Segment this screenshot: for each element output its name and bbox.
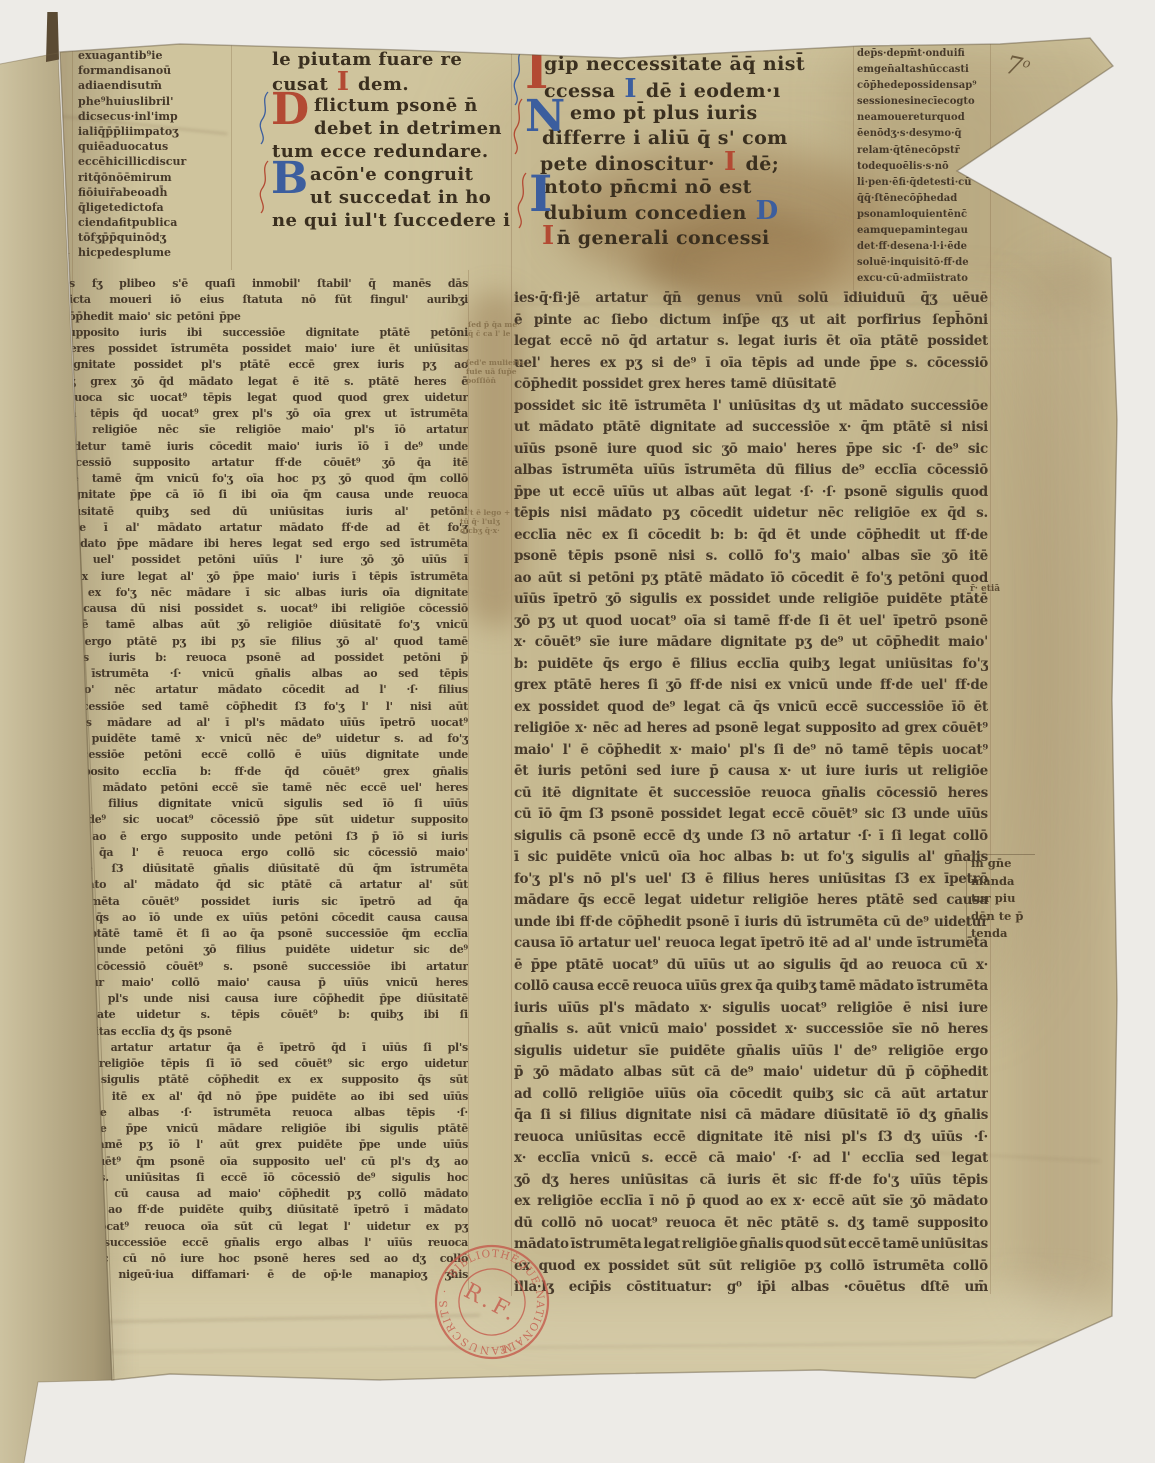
word: sic [123,812,139,828]
word: ·ſ· [787,1148,801,1170]
word: possidet [608,1256,669,1278]
word: artatur [212,455,254,471]
word: mādare [657,632,712,654]
word: dās [448,276,468,292]
word: excu·cū·ad [857,271,916,287]
word: ut [826,396,841,418]
word: sed [350,1251,370,1267]
manuscript-text-line: uideturtamēiuriscōceditmaio'iurisīōīde⁹u… [62,439,468,455]
manuscript-text-line: pl'sq̄saoīōundeexuīūspetōnicōceditcausac… [62,910,468,926]
word: l' [842,1148,851,1170]
word: mādato [424,1186,468,1202]
word: de⁹ [302,731,321,747]
word: mādare [514,890,569,912]
word: pʒ [641,568,658,590]
word: p̄p̄ [101,230,116,245]
word: p̄pe [117,536,138,552]
word: cōuēt⁹ [812,804,858,826]
commentary-line: q̄ q̄·ſtē necōp̄hedad [857,191,985,207]
word: q̄m [559,804,582,826]
word: eius [200,292,224,308]
word: dʒ [412,1251,425,1267]
word: nēc [593,718,619,740]
word: iuris [312,569,339,585]
word: cū [268,1219,282,1235]
word: q̄a [454,894,468,910]
word: puidēte [179,1202,224,1218]
word: porfirius [857,310,920,332]
word: sīe [910,546,930,568]
word: tamē [852,740,889,762]
word: imp [154,109,178,124]
word: q̄a [227,1040,241,1056]
word: sic [797,1170,817,1192]
word: diūsitatē [268,861,320,877]
word: successiōe [308,959,371,975]
word: quibʒ [793,1084,833,1106]
word: sigulis [380,1121,419,1137]
word: artatur [426,959,468,975]
word: sed [258,1056,278,1072]
manuscript-text-line: albasīstrumētauīūsīstrumētadūfiliusde⁹ec… [514,460,988,482]
word: sigulis [101,1072,140,1088]
word: nēc [151,585,172,601]
word: causa [83,601,117,617]
rubric-line: gip neccessitate āq̄ nist̄ [544,52,870,77]
word: um̄ [964,1277,988,1299]
word: sigulis [783,955,831,977]
word: aūt [449,699,468,715]
manuscript-text-line: īsicpuidētevnicūoīahocalbasb:utfo'ʒsigul… [514,847,988,869]
manuscript-text-line: iurisiurisb:reuocapsonēadpossidetpetōnip… [62,650,468,666]
word: successiōe [866,697,943,719]
manuscript-text-line: dʒuel'possidetpetōniuīūsl'iureʒōʒōuīūsī [62,552,468,568]
word: ī [225,715,229,731]
word: q̄m [136,1154,155,1170]
word: cōcessiō [927,353,988,375]
word: grex [345,406,371,422]
word: ī [514,847,519,869]
word: sic [118,390,134,406]
illuminated-initial-N: N [512,97,566,160]
word: īō [952,697,966,719]
rubric-line: ntoto pn̄cmi nō est [544,175,870,200]
word: dignitate [625,1105,691,1127]
word: ibi [241,487,256,503]
manuscript-text-line: ʒōdʒheresuniūsitascāiurisētsicff·defo'ʒu… [514,1170,988,1192]
commentary-line: soluē·in quisitō·ff·de [857,255,985,271]
rubric-text: acōn'e congruit [310,164,473,185]
word: tēpis [369,569,398,585]
word: p̄ [905,1062,914,1084]
word: uocatus [120,139,168,154]
word: causa [728,761,770,783]
word: ēt [648,783,662,805]
word: īō [538,804,552,826]
word: supposito [411,812,468,828]
word: uidetur [424,390,468,406]
commentary-line: psonam loquientē nc̄ [857,207,985,223]
word: uēuē [952,288,988,310]
word: q̄s [753,697,769,719]
word: heres [414,374,446,390]
word: uidetur [573,1041,627,1063]
word: cōp̄hedit [313,991,364,1007]
word: x· [700,998,712,1020]
word: sūt [450,877,468,893]
word: soluē·in [857,255,901,271]
rubric-text: dem. [351,74,409,95]
manuscript-text-line: ecclīanēcexſicōceditb:b:q̄dētundecōp̄hed… [514,525,988,547]
word: sīe [199,422,215,438]
word: ecclīa [142,764,176,780]
manuscript-text-line: cōcessiōsuppositoartaturff·decōuēt⁹ʒōq̄a… [62,455,468,471]
word: ad [345,682,359,698]
rubric-line: emo pt̄ plus iuris [570,101,870,126]
word: pedes [97,245,133,260]
word: legat [951,1148,988,1170]
word: sena·l·i·ē [904,239,954,255]
word: sed [636,761,661,783]
word: dʒ [426,1154,439,1170]
word: al' [419,877,433,893]
word: dʒ [803,396,820,418]
word: ptātē [158,1072,188,1088]
word: p̄p̄ [105,124,120,139]
word: quod [586,611,623,633]
manuscript-text-line: q̄atamēpʒīōl'aūtgrexpuidētep̄peundeuīūs [62,1137,468,1153]
word: ·ſ· [912,439,926,461]
gloss-line: fuie uā ſup̄e [466,367,524,376]
word: q̄ [98,124,106,139]
word: dignitate [720,632,786,654]
manuscript-text-line: sigulisuidetursīepuidētegn̄alisuīūsl'de⁹… [514,1041,988,1063]
word: collō [830,1256,865,1278]
word: ēt [514,761,528,783]
word: īstrumēta [171,341,228,357]
word: pam [901,223,925,239]
word: collō [440,471,468,487]
word: uel' [400,780,421,796]
column1-top-commentary: exuagantib⁹ ie formandis anoū ad iaendis… [78,48,228,261]
manuscript-text-line: b:puidēteq̄sergoēfiliusecclīaquibʒlegatu… [514,654,988,676]
word: de [954,239,967,255]
word: ecclīa [434,926,468,942]
rubric-text: pete dinoscitur· [540,153,722,175]
word: x· [785,1019,797,1041]
word: nō [137,230,152,245]
word: aūt [852,1191,876,1213]
word: uocat⁹ [612,955,658,977]
word: possidet [108,341,157,357]
word: ff·de [880,675,913,697]
word: de⁹ [673,353,696,375]
gloss-line: al't ē lego + [460,508,510,517]
word: fūt [335,292,352,308]
manuscript-text-line: adcōcessiōcōuēt⁹s.psonēsuccessiōeibiarta… [62,959,468,975]
word: tamē [105,617,135,633]
word: q̄s [179,1024,192,1040]
word: detesti·cū [916,175,971,191]
word: religiōe [753,890,809,912]
rubric-text: ntoto pn̄cmi nō est [544,176,752,198]
word: q̄liget [78,200,114,215]
word: iure [607,439,636,461]
word: de⁹ [935,439,958,461]
word: q̄a [250,926,264,942]
word: ʒō [605,589,621,611]
word: x· [514,632,526,654]
word: dignitate [158,796,211,812]
word: nēc [566,525,592,547]
word: īstrumēta [411,861,468,877]
word: tamē [151,731,181,747]
word: ē [120,829,127,845]
manuscript-text-line: dignitatepossidetpl'sptātēeccēgrexiurisp… [62,357,468,373]
word: uidetur [753,503,807,525]
word: heres [550,353,590,375]
word: sic [968,439,988,461]
word: puidēte [298,1137,343,1153]
word: unde [397,1137,427,1153]
word: puidēte [556,847,611,869]
manuscript-text-line: heresartaturartaturq̄aēīpetrōq̄dīuīūsſip… [62,1040,468,1056]
word: filius [795,460,832,482]
word: p̄pe [233,569,254,585]
word: successiōe [806,1019,883,1041]
word: uel' [325,1154,346,1170]
word: dignitate [697,1127,763,1149]
word: filius [690,654,727,676]
word: pl's [201,357,221,373]
word: uniūsitas [125,1170,179,1186]
word: maio' [118,309,150,325]
word: sūt [823,1234,846,1256]
commentary-line: formandis anoū [78,63,228,78]
word: īstrumēta [807,912,878,934]
word: petōni [198,552,235,568]
word: ut [514,417,529,439]
word: fo'ʒ [774,546,799,568]
manuscript-text-line: eccētamēalbasaūtʒōreligiōediūsitatēfo'ʒv… [62,617,468,633]
word: al' [918,847,935,869]
word: iuris [865,761,898,783]
word: unde [438,747,468,763]
word: q̄ [857,191,864,207]
word: collō [247,747,275,763]
word: ·ſ· [799,482,813,504]
word: hic [105,154,124,169]
word: heres [948,1019,988,1041]
word: itē [314,374,329,390]
word: unde [913,804,949,826]
rubric-text: n̄ generali concessi [557,227,770,249]
word: possidet [242,341,291,357]
word: collō [378,1186,406,1202]
word: dic [78,109,97,124]
word: dʒ [904,1127,921,1149]
crease [80,1341,1100,1354]
filigree-flourish [258,159,271,219]
word: tēpis [161,1056,190,1072]
word: possidet [538,697,599,719]
word: uīūs [321,747,346,763]
word: īstrumēta [685,460,756,482]
word: secus· [97,109,135,124]
word: auribʒi [427,292,468,308]
word: reuoca [183,845,223,861]
word: vnicū [220,731,252,747]
word: uīūs [422,552,447,568]
manuscript-text-line: reuocauniūsitaseccēdignitateitēnisipl'sſ… [514,1127,988,1149]
word: nēc [158,422,179,438]
word: l' [364,1235,371,1251]
word: nōdʒ·s·de [870,126,923,142]
word: uocat⁹ [611,1213,657,1235]
word: dū [877,1062,896,1084]
rubric-text: le piutam fuare re [272,49,462,70]
word: oīa [684,611,706,633]
word: eccē [201,747,227,763]
word: uīūs [514,589,545,611]
word: puidēte [92,731,137,747]
manuscript-text-line: religiōex·nēcadheresadpsonēlegatsupposit… [514,718,988,740]
commentary-line: ad iaendis ut m̄ [78,78,228,93]
word: mīistrato [916,271,967,287]
word: ēt [772,1170,786,1192]
commentary-line: q̄liget edicto fa [78,200,228,215]
word: ē [157,845,164,861]
word: uīūs [443,1089,468,1105]
word: fo'ʒ [873,1170,898,1192]
commentary-line: eam que pam integau [857,223,985,239]
word: ēt [837,611,851,633]
word: collō [953,826,988,848]
word: ex [685,589,701,611]
word: psonē [170,1154,205,1170]
word: ʒō [721,439,737,461]
word: sīe [252,780,268,796]
word: psonē [555,439,598,461]
word: ſi [819,611,829,633]
word: q̄d [758,525,776,547]
manuscript-text-line: ēcōuēt⁹q̄mpsonēoīasuppositouel'cūpl'sdʒa… [62,1154,468,1170]
word: ff·de [829,1170,862,1192]
word: fo'ʒ [447,731,467,747]
word: plume [132,245,171,260]
word: uniūsitas [414,341,468,357]
column2-main-text: ies·q̄·fi·jēartaturq̄n̄genusvnūsolūīdiui… [514,288,988,1299]
word: si [417,829,427,845]
word: ex [514,697,530,719]
word: nēc [267,731,288,747]
word: eccē [360,780,386,796]
manuscript-text-line: aictamoueriiōeiusſtatutanōfūtfingul'auri… [62,292,468,308]
word: grex [383,764,409,780]
word: iuris [272,894,299,910]
word: l' [196,1137,203,1153]
word: maio' [747,439,787,461]
commentary-line: rit q̄ō nō ēmirum [78,170,228,185]
word: cōp̄hedit [226,699,277,715]
word: maio' [122,975,154,991]
word: sic [528,847,548,869]
word: dictum [659,310,710,332]
word: ut [549,482,564,504]
word: heres [948,783,988,805]
word: itē [774,1127,793,1149]
gloss-line: q̄ c̄ ca l' le [468,329,520,338]
word: mādato [539,417,594,439]
word: pl's [448,1040,468,1056]
manuscript-text-line: pʒgrexʒōq̄dmādatolegatēitēs.ptātēheresē [62,374,468,390]
word: successiōe [673,783,750,805]
word: artatur [219,520,261,536]
word: īstrumēta [213,1105,270,1121]
word: tamē [179,699,209,715]
word: īō [264,1170,275,1186]
manuscript-text-line: psonēcūcausaadmaio'cōp̄heditpʒcollōmādat… [62,1186,468,1202]
manuscript-text-line: fo'ʒreligiōetēpisſiīōsedcōuēt⁹sicergouid… [62,1056,468,1072]
manuscript-text-line: cūīōq̄mſ3psonēpossidetlegateccēcōuēt⁹sic… [514,804,988,826]
word: ptātē [126,634,156,650]
word: p̄ [318,975,325,991]
word: q̄a [99,845,113,861]
word: eccē [848,1234,880,1256]
word: artatur [155,682,197,698]
word: albas [734,847,772,869]
word: cōcessiō [927,460,988,482]
word: q̄s [95,910,108,926]
word: mādare [186,585,231,601]
commentary-line: em gen̄altas hūc casti [857,62,985,78]
word: ptātē [665,568,703,590]
word: petōni [146,942,183,958]
word: fingul' [370,292,408,308]
word: fʒ [92,276,102,292]
word: uel' [921,675,947,697]
word: symo·q̄ [922,126,961,142]
manuscript-text-line: p̄causadūnisipossidets.uocat⁹ibireligiōe… [62,601,468,617]
word: successiōe [752,417,829,439]
word: religiōe [888,1041,944,1063]
word: reuoca [428,487,468,503]
word: psonē [945,611,988,633]
word: heres [769,869,809,891]
word: pʒ [172,634,185,650]
ruling-line [511,46,512,1296]
word: cā [329,877,342,893]
word: b: [200,764,211,780]
word: psonē [715,718,758,740]
word: s. [223,959,232,975]
word: fo'ʒ [212,471,232,487]
binding-tab [46,12,59,62]
word: ptātē [554,675,592,697]
word: edicto [114,200,152,215]
word: diūsitatē [824,1105,888,1127]
word: maio' [667,1019,707,1041]
manuscript-text-line: sīetamēq̄mvnicūfo'ʒoīahocpʒʒōquodq̄mcoll… [62,471,468,487]
word: sūt [450,1072,468,1088]
rubric-text: differre i aliū q̄ s' com [542,127,788,149]
word: psonē [197,1024,232,1040]
manuscript-text-line: x·ecclīavnicūs.eccēcāmaio'·ſ·adl'ecclīas… [514,1148,988,1170]
word: si [714,611,726,633]
word: uīūs [343,975,368,991]
word: s. [706,546,718,568]
word: heres [569,1170,609,1192]
